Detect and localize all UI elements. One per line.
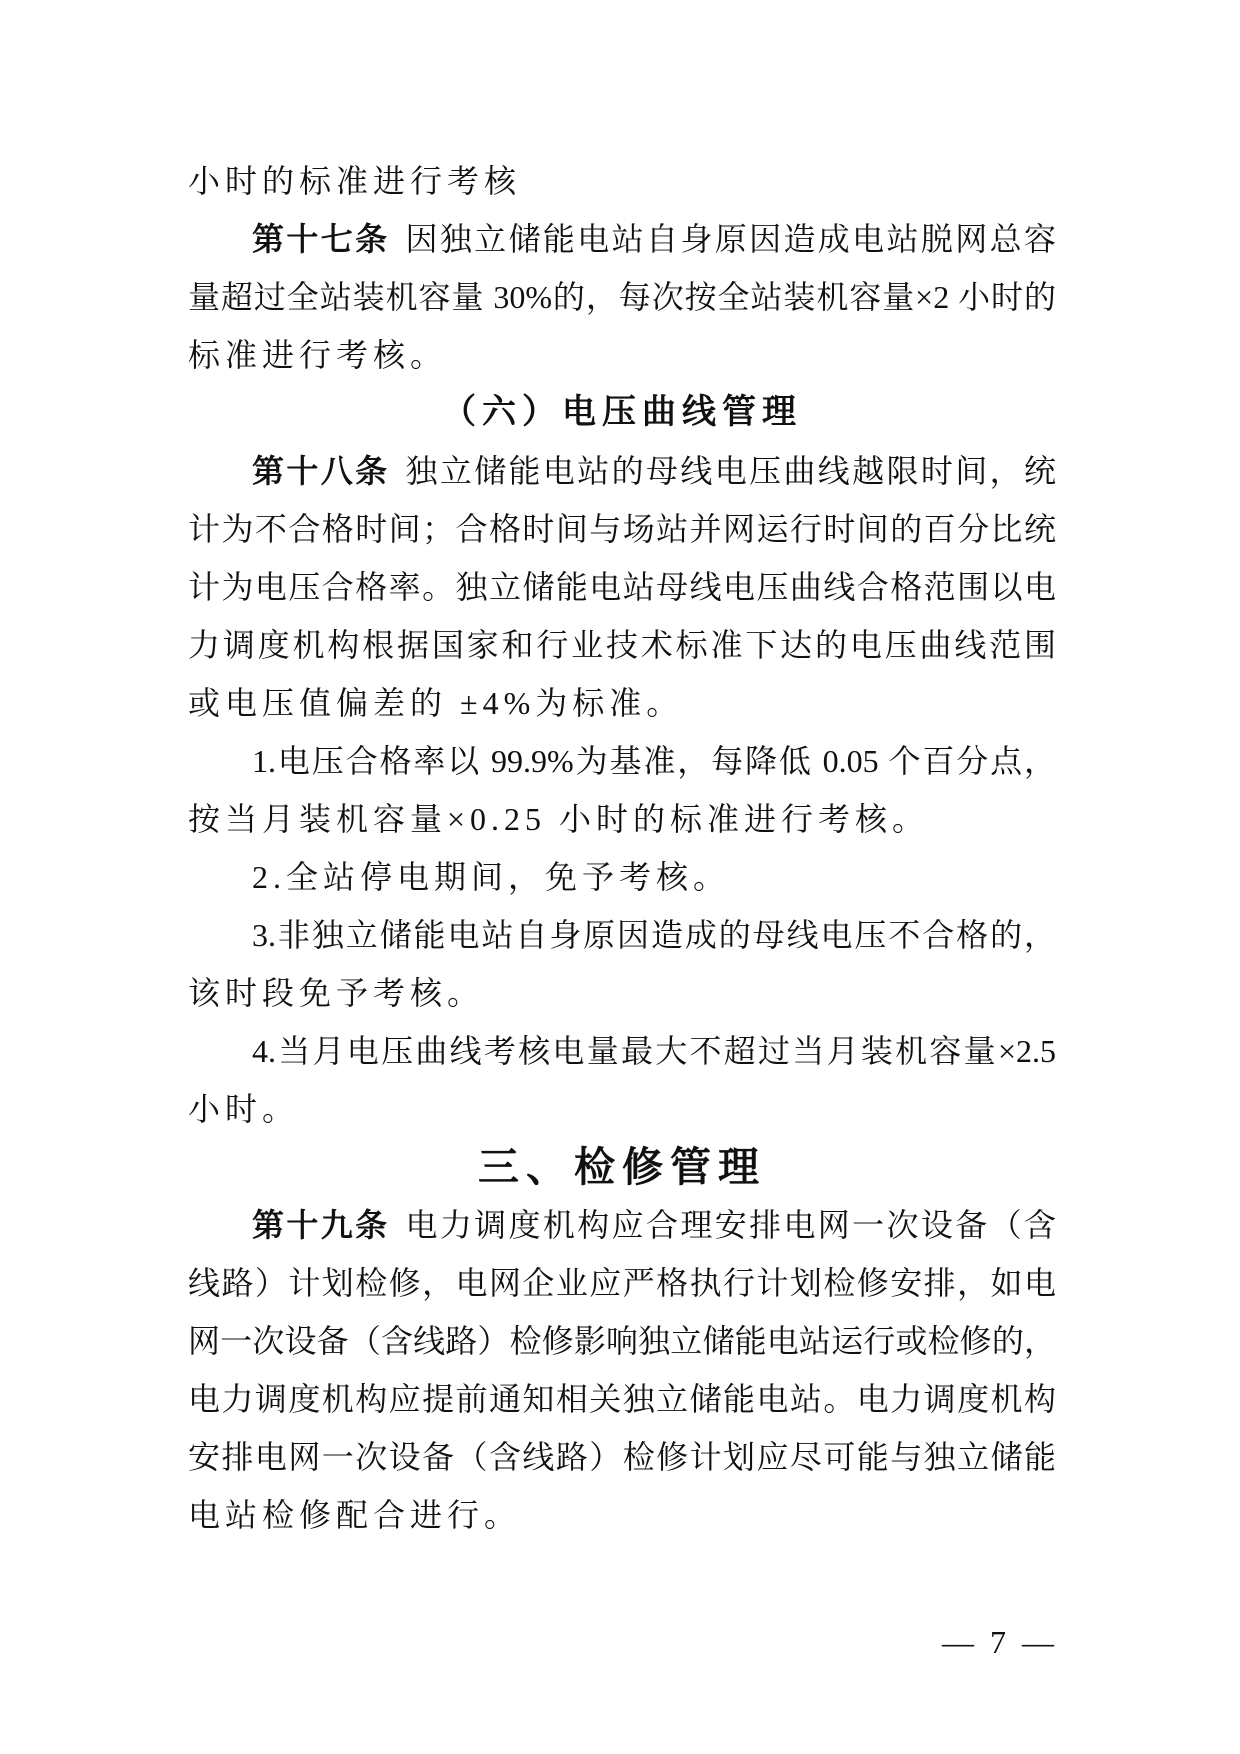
document-page: 小时的标准进行考核 第十七条因独立储能电站自身原因造成电站脱网总容 量超过全站装… [0,0,1240,1754]
article-19-line-4: 电力调度机构应提前通知相关独立储能电站。电力调度机构 [188,1370,1056,1428]
article-19-line-3: 网一次设备（含线路）检修影响独立储能电站运行或检修的， [188,1312,1056,1370]
article-17-line-2: 量超过全站装机容量 30%的，每次按全站装机容量×2 小时的 [188,268,1056,326]
item-1-line-2: 按当月装机容量×0.25 小时的标准进行考核。 [188,790,1056,848]
article-19-line-6: 电站检修配合进行。 [188,1486,1056,1544]
item-3-line-2: 该时段免予考核。 [188,964,1056,1022]
item-4-line-2: 小时。 [188,1080,1056,1138]
article-18-number: 第十八条 [252,453,389,489]
article-18-line-1: 第十八条独立储能电站的母线电压曲线越限时间，统 [188,442,1056,500]
document-body: 小时的标准进行考核 第十七条因独立储能电站自身原因造成电站脱网总容 量超过全站装… [188,152,1056,1544]
article-19-number: 第十九条 [252,1207,389,1243]
page-number: — 7 — [942,1624,1058,1661]
item-2-line: 2.全站停电期间，免予考核。 [188,848,1056,906]
article-18-line-4: 力调度机构根据国家和行业技术标准下达的电压曲线范围 [188,616,1056,674]
article-17-line-3: 标准进行考核。 [188,326,1056,384]
article-18-line-5: 或电压值偏差的 ±4%为标准。 [188,674,1056,732]
continuation-line: 小时的标准进行考核 [188,152,1056,210]
item-1-line-1: 1.电压合格率以 99.9%为基准，每降低 0.05 个百分点， [188,732,1056,790]
article-18-line-3: 计为电压合格率。独立储能电站母线电压曲线合格范围以电 [188,558,1056,616]
section-6-heading: （六）电压曲线管理 [188,384,1056,442]
chapter-3-heading: 三、检修管理 [188,1138,1056,1196]
article-19-line-1: 第十九条电力调度机构应合理安排电网一次设备（含 [188,1196,1056,1254]
item-3-line-1: 3.非独立储能电站自身原因造成的母线电压不合格的， [188,906,1056,964]
article-17-number: 第十七条 [252,221,389,257]
article-17-line-1: 第十七条因独立储能电站自身原因造成电站脱网总容 [188,210,1056,268]
article-19-line-2: 线路）计划检修，电网企业应严格执行计划检修安排，如电 [188,1254,1056,1312]
article-19-line-5: 安排电网一次设备（含线路）检修计划应尽可能与独立储能 [188,1428,1056,1486]
article-17-text: 因独立储能电站自身原因造成电站脱网总容 [405,221,1056,257]
article-18-line-2: 计为不合格时间；合格时间与场站并网运行时间的百分比统 [188,500,1056,558]
article-18-text: 独立储能电站的母线电压曲线越限时间，统 [405,453,1056,489]
article-19-text: 电力调度机构应合理安排电网一次设备（含 [405,1207,1056,1243]
item-4-line-1: 4.当月电压曲线考核电量最大不超过当月装机容量×2.5 [188,1022,1056,1080]
